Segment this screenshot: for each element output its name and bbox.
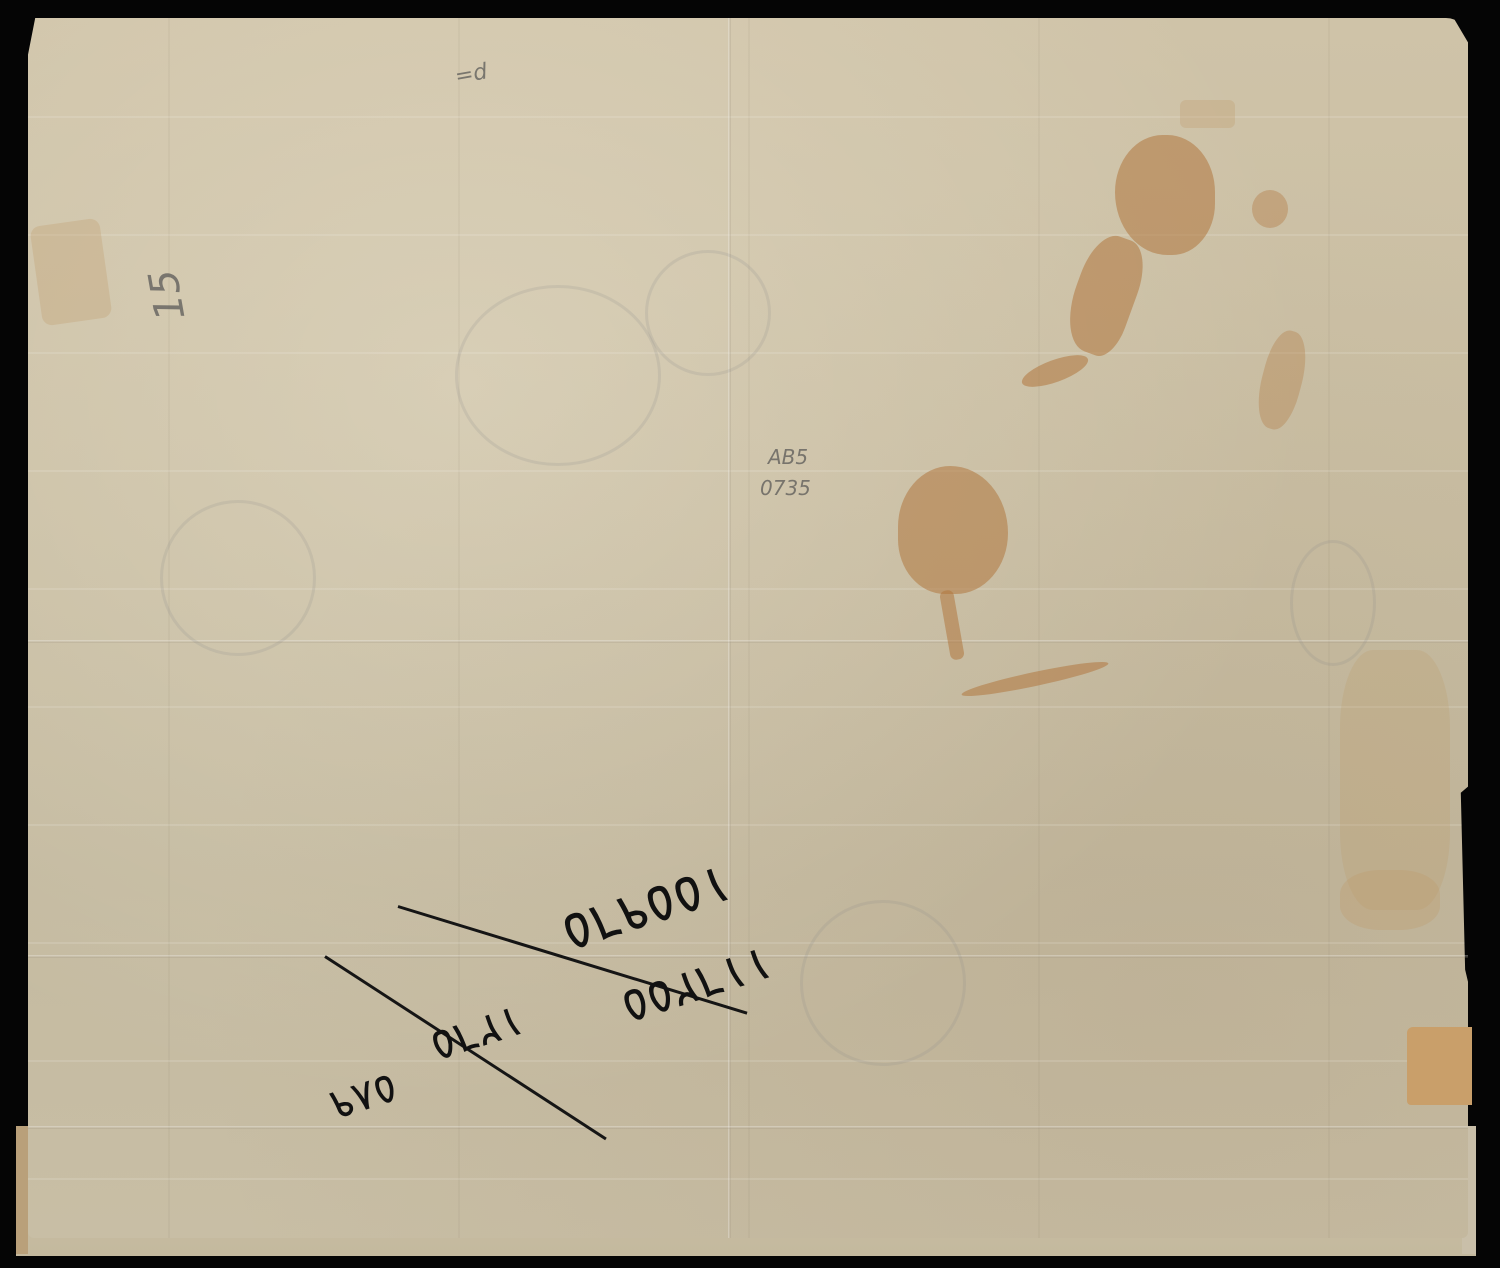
pencil-note-left: 15 [140,266,194,324]
stain-round [898,466,1008,594]
postmark-impression [1290,540,1376,666]
stain-small-drop [1252,190,1288,228]
bottom-flap-left-edge [16,1126,28,1254]
postmark-impression [160,500,316,656]
pencil-ref-line-2: 0735 [760,476,811,500]
postmark-impression [455,285,661,466]
stain-lower-right [1340,870,1440,930]
stain-left-edge [29,218,112,327]
postmark-impression [800,900,966,1066]
stain-large-head [1115,135,1215,255]
postmark-impression [645,250,771,376]
vertical-fold [728,18,731,1238]
stain-top-right [1180,100,1235,128]
orange-paper-tab [1407,1027,1472,1105]
pencil-ref-line-1: AB5 [768,445,808,469]
flap-fold [28,1126,1468,1129]
photo-background: =d 15 AB5 0735 ١٥٥٩٦٥ ١١٦٢٥٥ ١٢٦٥ ٥٨٩ [0,0,1500,1268]
